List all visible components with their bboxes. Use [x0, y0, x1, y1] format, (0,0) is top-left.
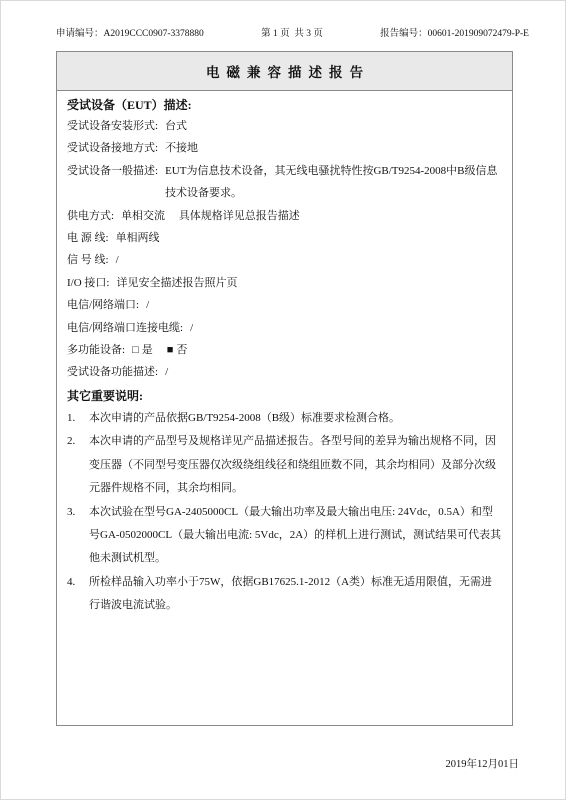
- note-item-4: 4. 所检样品输入功率小于75W，依据GB17625.1-2012（A类）标准无…: [67, 571, 502, 618]
- page-header: 申请编号：A2019CCC0907-3378880 第 1 页 共 3 页 报告…: [56, 25, 529, 39]
- field-label: 信 号 线:: [67, 249, 109, 271]
- field-row-signal-line: 信 号 线: /: [67, 249, 502, 271]
- field-label: 多功能设备:: [67, 339, 125, 361]
- field-row-telecom-port: 电信/网络端口: /: [67, 294, 502, 316]
- field-value: 台式: [165, 115, 502, 137]
- field-row-telecom-cable: 电信/网络端口连接电缆: /: [67, 317, 502, 339]
- application-number: 申请编号：A2019CCC0907-3378880: [56, 25, 204, 39]
- note-item-1: 1. 本次申请的产品依据GB/T9254-2008（B级）标准要求检测合格。: [67, 407, 502, 430]
- field-value: 单相两线: [116, 227, 502, 249]
- field-row-power-cord: 电 源 线: 单相两线: [67, 227, 502, 249]
- field-value: /: [116, 249, 502, 271]
- note-text: 本次申请的产品依据GB/T9254-2008（B级）标准要求检测合格。: [89, 407, 502, 430]
- page-indicator: 第 1 页 共 3 页: [261, 25, 323, 39]
- document-frame: 电磁兼容描述报告 受试设备（EUT）描述: 受试设备安装形式: 台式 受试设备接…: [56, 51, 513, 726]
- field-row-installation: 受试设备安装形式: 台式: [67, 115, 502, 137]
- field-label: 供电方式:: [67, 205, 114, 227]
- field-row-io-port: I/O 接口: 详见安全描述报告照片页: [67, 272, 502, 294]
- note-number: 3.: [67, 501, 89, 571]
- field-row-grounding: 受试设备接地方式: 不接地: [67, 137, 502, 159]
- report-number: 报告编号：00601-201909072479-P-E: [380, 25, 529, 39]
- field-label: 电信/网络端口:: [67, 294, 139, 316]
- field-row-multifunction: 多功能设备: □是■否: [67, 339, 502, 361]
- note-item-2: 2. 本次申请的产品型号及规格详见产品描述报告。各型号间的差异为输出规格不同，因…: [67, 430, 502, 500]
- field-label: 受试设备一般描述:: [67, 160, 158, 205]
- field-value: 详见安全描述报告照片页: [116, 272, 502, 294]
- note-item-3: 3. 本次试验在型号GA-2405000CL（最大输出功率及最大输出电压: 24…: [67, 501, 502, 571]
- multifunction-no-label: 否: [176, 344, 187, 356]
- field-value: EUT为信息技术设备，其无线电骚扰特性按GB/T9254-2008中B级信息技术…: [165, 160, 502, 205]
- note-text: 本次申请的产品型号及规格详见产品描述报告。各型号间的差异为输出规格不同，因变压器…: [89, 430, 502, 500]
- multifunction-options: □是■否: [132, 339, 502, 361]
- field-label: I/O 接口:: [67, 272, 109, 294]
- note-number: 4.: [67, 571, 89, 618]
- field-label: 电 源 线:: [67, 227, 109, 249]
- field-value: /: [190, 317, 502, 339]
- field-label: 受试设备功能描述:: [67, 361, 158, 383]
- field-label: 受试设备安装形式:: [67, 115, 158, 137]
- notes-section-heading: 其它重要说明:: [67, 386, 502, 407]
- note-number: 2.: [67, 430, 89, 500]
- footer-date: 2019年12月01日: [446, 756, 520, 771]
- report-title: 电磁兼容描述报告: [199, 61, 370, 81]
- report-page: { "header": { "application_no": "申请编号：A2…: [0, 0, 566, 800]
- checkbox-checked-icon: ■: [167, 344, 174, 356]
- checkbox-unchecked-icon: □: [132, 344, 139, 356]
- field-row-general-description: 受试设备一般描述: EUT为信息技术设备，其无线电骚扰特性按GB/T9254-2…: [67, 160, 502, 205]
- field-label: 电信/网络端口连接电缆:: [67, 317, 183, 339]
- note-text: 所检样品输入功率小于75W，依据GB17625.1-2012（A类）标准无适用限…: [89, 571, 502, 618]
- field-row-power-supply: 供电方式: 单相交流 具体规格详见总报告描述: [67, 205, 502, 227]
- title-box: 电磁兼容描述报告: [56, 51, 513, 91]
- note-number: 1.: [67, 407, 89, 430]
- note-text: 本次试验在型号GA-2405000CL（最大输出功率及最大输出电压: 24Vdc…: [89, 501, 502, 571]
- field-value: /: [146, 294, 502, 316]
- field-value: 单相交流 具体规格详见总报告描述: [121, 205, 502, 227]
- eut-section-heading: 受试设备（EUT）描述:: [67, 96, 502, 115]
- field-label: 受试设备接地方式:: [67, 137, 158, 159]
- field-value: /: [165, 361, 502, 383]
- field-value: 不接地: [165, 137, 502, 159]
- field-row-function-description: 受试设备功能描述: /: [67, 361, 502, 383]
- multifunction-yes-label: 是: [142, 344, 153, 356]
- content-box: 受试设备（EUT）描述: 受试设备安装形式: 台式 受试设备接地方式: 不接地 …: [56, 90, 513, 726]
